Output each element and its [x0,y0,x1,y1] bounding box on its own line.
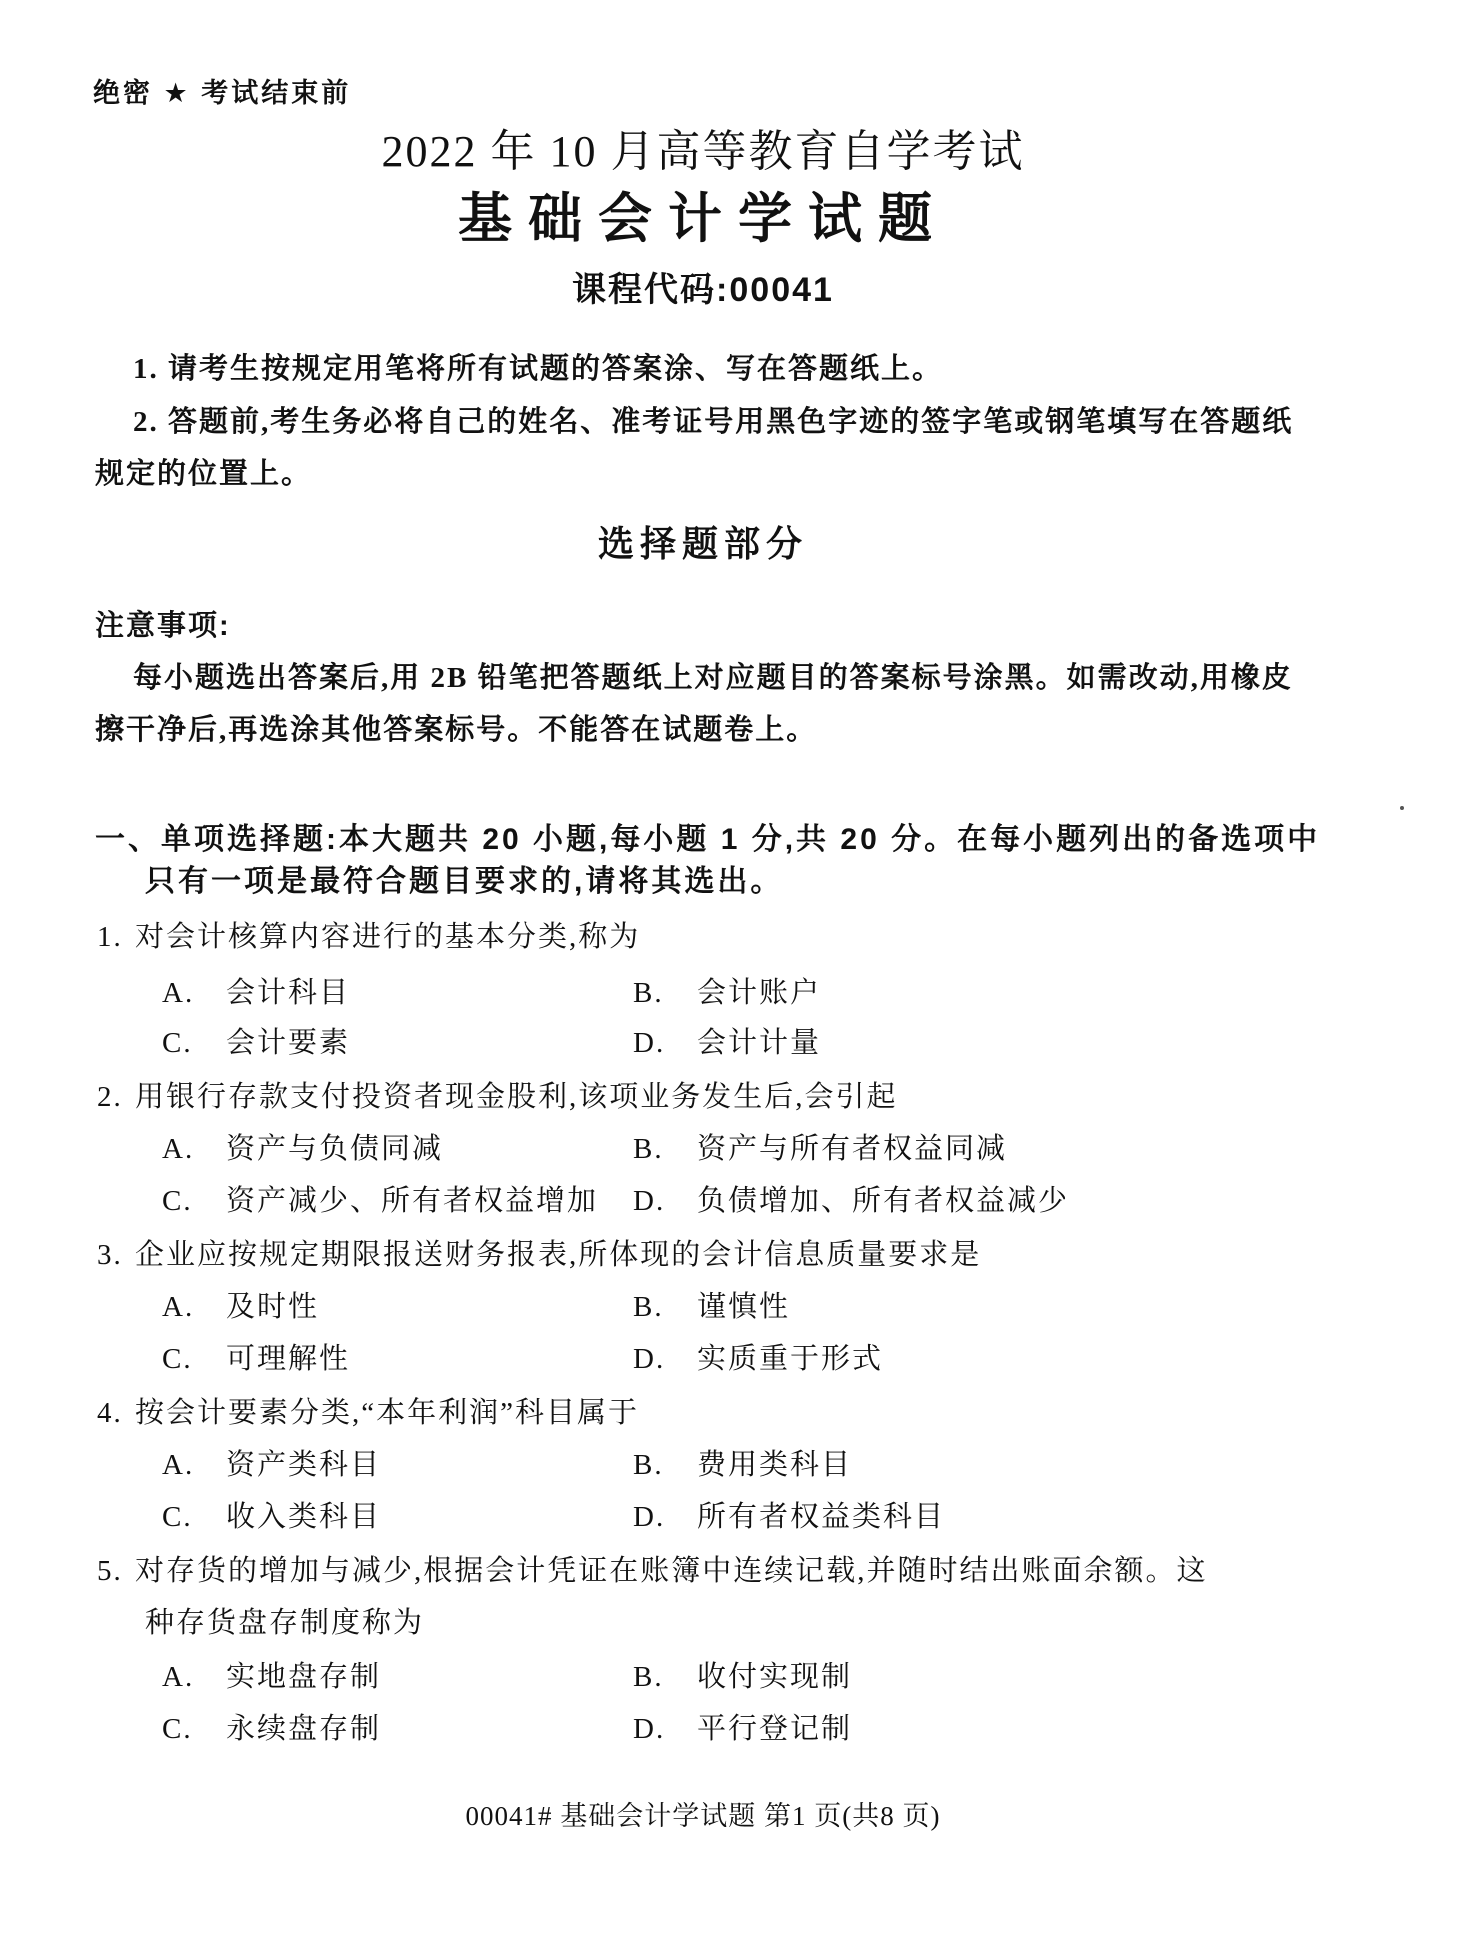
question-5-option-a: A.实地盘存制 [162,1660,381,1694]
question-5-stem-line2: 种存货盘存制度称为 [145,1606,424,1640]
question-3-option-c: C.可理解性 [162,1342,350,1376]
question-4-stem: 4.按会计要素分类,“本年利润”科目属于 [97,1396,639,1430]
question-3-text: 企业应按规定期限报送财务报表,所体现的会计信息质量要求是 [135,1239,981,1271]
question-2-number: 2. [97,1080,135,1114]
paper-title: 基础会计学试题 [0,188,1406,252]
question-2-option-a: A.资产与负债同减 [162,1132,443,1166]
question-2-option-b: B.资产与所有者权益同减 [633,1132,1007,1166]
choice-section-heading: 选择题部分 [0,523,1406,565]
question-3-option-a: A.及时性 [162,1290,319,1324]
scan-artifact-dot [1400,806,1404,810]
instruction-1: 1. 请考生按规定用笔将所有试题的答案涂、写在答题纸上。 [133,352,943,386]
question-5-text-line1: 对存货的增加与减少,根据会计凭证在账簿中连续记载,并随时结出账面余额。这 [135,1555,1208,1587]
instruction-2-line2: 规定的位置上。 [95,457,312,491]
notes-label: 注意事项: [95,609,231,643]
question-5-stem-line1: 5.对存货的增加与减少,根据会计凭证在账簿中连续记载,并随时结出账面余额。这 [97,1554,1208,1588]
question-3-option-b: B.谨慎性 [633,1290,790,1324]
question-4-option-b: B.费用类科目 [633,1448,852,1482]
notes-line1: 每小题选出答案后,用 2B 铅笔把答题纸上对应题目的答案标号涂黑。如需改动,用橡… [133,661,1293,695]
question-1-text: 对会计核算内容进行的基本分类,称为 [135,921,640,953]
question-4-text: 按会计要素分类,“本年利润”科目属于 [135,1397,639,1429]
question-1-option-a: A.会计科目 [162,976,350,1010]
question-1-option-d: D.会计计量 [633,1026,821,1060]
question-4-option-a: A.资产类科目 [162,1448,381,1482]
instruction-2-line1: 2. 答题前,考生务必将自己的姓名、准考证号用黑色字迹的签字笔或钢笔填写在答题纸 [133,405,1293,439]
question-1-option-c: C.会计要素 [162,1026,350,1060]
section1-heading-line1: 一、单项选择题:本大题共 20 小题,每小题 1 分,共 20 分。在每小题列出… [95,822,1320,857]
notes-line2: 擦干净后,再选涂其他答案标号。不能答在试题卷上。 [95,713,817,747]
question-2-stem: 2.用银行存款支付投资者现金股利,该项业务发生后,会引起 [97,1080,898,1114]
exam-session-title: 2022 年 10 月高等教育自学考试 [0,126,1406,178]
question-1-number: 1. [97,920,135,954]
question-4-option-d: D.所有者权益类科目 [633,1500,945,1534]
question-5-option-b: B.收付实现制 [633,1660,852,1694]
question-2-text: 用银行存款支付投资者现金股利,该项业务发生后,会引起 [135,1081,898,1113]
question-3-number: 3. [97,1238,135,1272]
question-3-option-d: D.实质重于形式 [633,1342,883,1376]
security-classification: 绝密 ★ 考试结束前 [93,78,351,110]
exam-paper-page: 绝密 ★ 考试结束前 2022 年 10 月高等教育自学考试 基础会计学试题 课… [0,0,1476,1934]
question-3-stem: 3.企业应按规定期限报送财务报表,所体现的会计信息质量要求是 [97,1238,981,1272]
question-4-number: 4. [97,1396,135,1430]
question-1-option-b: B.会计账户 [633,976,821,1010]
section1-heading-line2: 只有一项是最符合题目要求的,请将其选出。 [145,864,783,899]
page-footer: 00041# 基础会计学试题 第1 页(共8 页) [0,1801,1406,1833]
question-5-option-c: C.永续盘存制 [162,1712,381,1746]
question-2-option-c: C.资产减少、所有者权益增加 [162,1184,598,1218]
question-2-option-d: D.负债增加、所有者权益减少 [633,1184,1069,1218]
question-4-option-c: C.收入类科目 [162,1500,381,1534]
question-5-number: 5. [97,1554,135,1588]
question-1-stem: 1.对会计核算内容进行的基本分类,称为 [97,920,640,954]
course-code: 课程代码:00041 [0,270,1406,310]
question-5-option-d: D.平行登记制 [633,1712,852,1746]
